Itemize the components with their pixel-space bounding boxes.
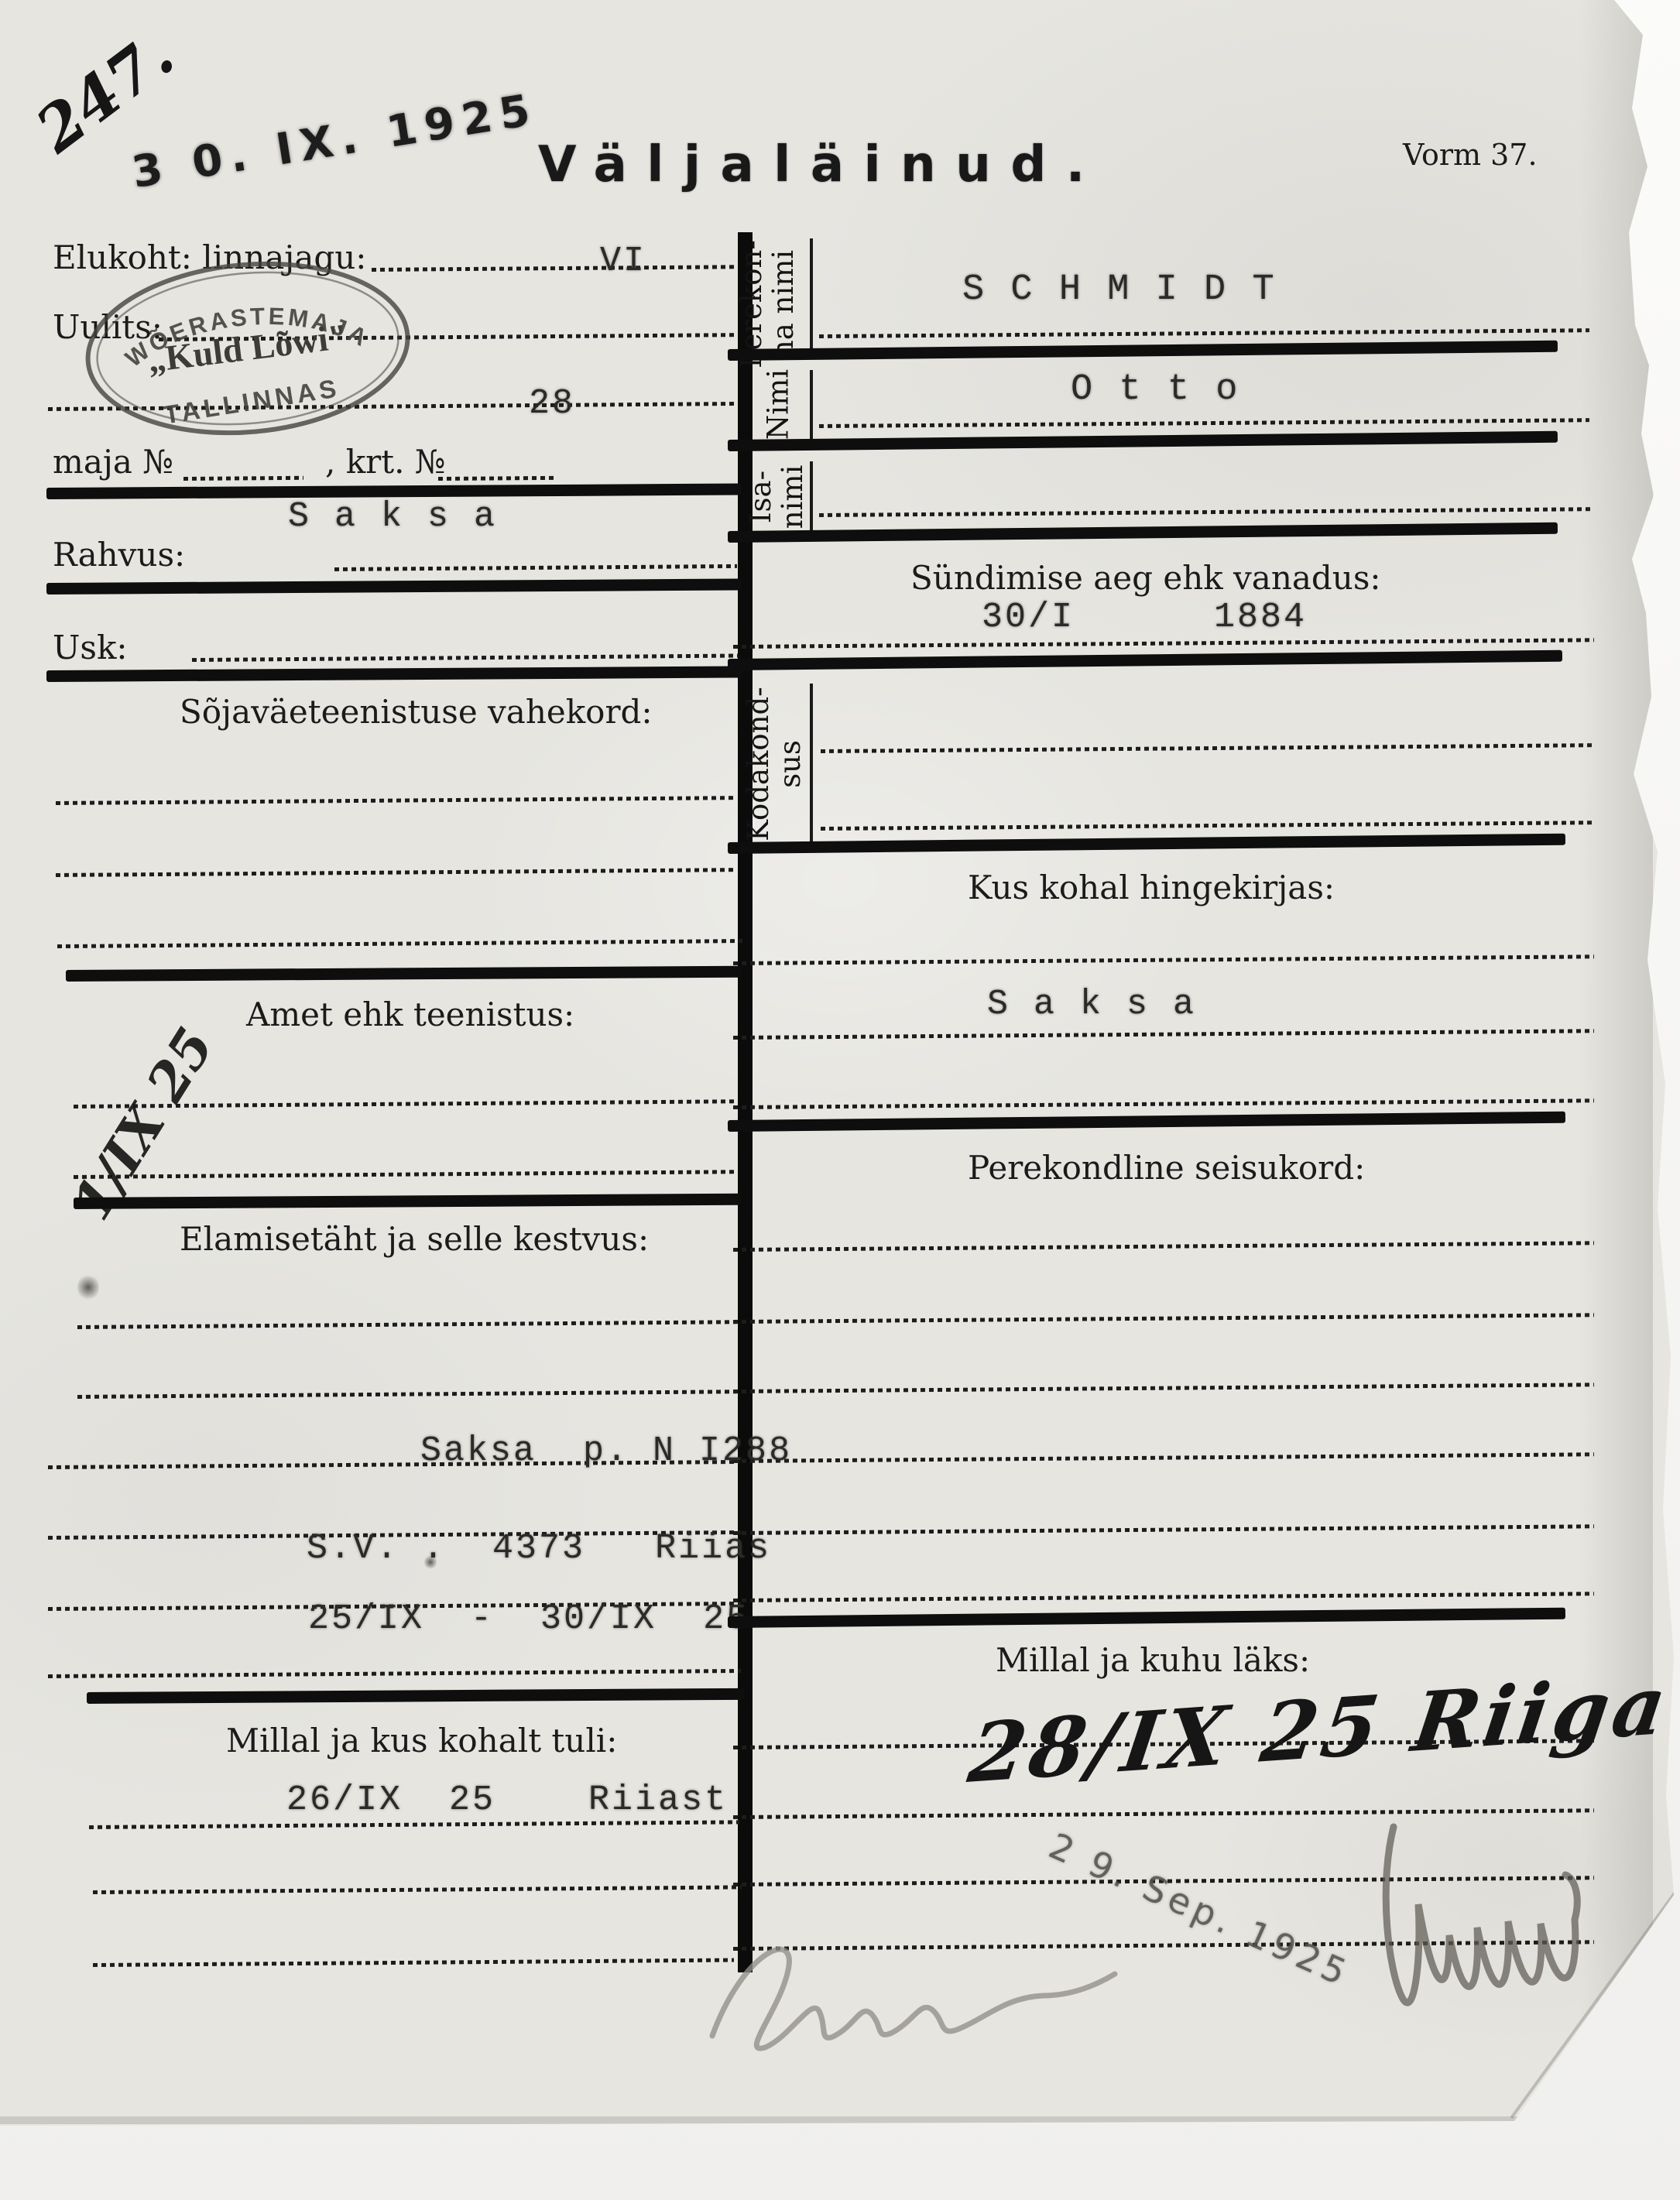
label-separator <box>810 370 813 444</box>
dotted-line <box>733 1098 1594 1109</box>
residence-permit-label: Elamisetäht ja selle kestvus: <box>180 1220 649 1258</box>
departed-label: Millal ja kuhu läks: <box>996 1641 1310 1679</box>
section-rule <box>728 1608 1565 1628</box>
pencil-signature <box>697 1904 1130 2075</box>
dotted-line <box>74 1170 738 1179</box>
dotted-line <box>56 796 737 805</box>
nationality-label: Rahvus: <box>53 536 185 574</box>
section-rule <box>728 523 1558 543</box>
dotted-line <box>77 1320 737 1329</box>
hotel-oval-stamp: WÕERASTEMAJA „Kuld Lõwi" TALLINNAS <box>66 235 430 461</box>
dotted-line <box>183 476 303 481</box>
residence-value: VI <box>600 242 646 281</box>
dotted-line <box>48 1669 741 1678</box>
dotted-line <box>56 868 737 877</box>
paper-bottom-edge <box>0 2116 1533 2124</box>
dotted-line <box>93 1958 734 1967</box>
registered-value: S a k s a <box>987 985 1196 1024</box>
dotted-line <box>77 1390 737 1399</box>
dotted-line <box>733 638 1594 649</box>
dotted-line <box>334 564 737 571</box>
birth-date-label: Sündimise aeg ehk vanadus: <box>910 559 1381 597</box>
dotted-line <box>733 1241 1594 1252</box>
apartment-number-label: , krt. № <box>325 443 446 481</box>
official-signature <box>1372 1804 1604 2028</box>
permit-line2-value: S.V. . 4373 Riias <box>307 1529 771 1568</box>
occupation-label: Amet ehk teenistus: <box>246 995 574 1033</box>
dotted-line <box>438 476 554 481</box>
page-title: Väljaläinud. <box>538 136 1105 194</box>
dotted-line <box>821 743 1595 753</box>
section-rule <box>728 341 1558 361</box>
ink-blot <box>77 1273 99 1301</box>
birth-date-value: 30/I 1884 <box>982 598 1307 637</box>
section-rule <box>46 579 742 595</box>
dotted-line <box>733 954 1594 965</box>
arrived-label: Millal ja kus kohalt tuli: <box>226 1722 617 1760</box>
permit-line1-value: Saksa p. N I288 <box>420 1431 792 1471</box>
dotted-line <box>89 1820 739 1829</box>
first-name-value: O t t o <box>1071 369 1239 410</box>
dotted-line <box>819 418 1589 428</box>
section-rule <box>728 1112 1565 1132</box>
dotted-line <box>733 1592 1594 1602</box>
religion-label: Usk: <box>53 629 128 667</box>
military-service-label: Sõjaväeteenistuse vahekord: <box>180 693 653 731</box>
registration-card: 247. 3 0. IX. 1925 Väljaläinud. Vorm 37.… <box>0 0 1680 2200</box>
nationality-value: S a k s a <box>288 497 497 536</box>
form-number: Vorm 37. <box>1403 138 1538 172</box>
father-name-label: Isa- nimi <box>745 454 808 540</box>
first-name-label: Nimi <box>763 362 794 447</box>
dotted-line <box>733 1313 1594 1324</box>
received-date-stamp: 3 0. IX. 1925 <box>129 84 541 198</box>
section-rule <box>46 667 742 682</box>
dotted-line <box>821 821 1595 831</box>
dotted-line <box>733 1524 1594 1535</box>
street-number-value: 28 <box>529 384 575 423</box>
dotted-line <box>733 1383 1594 1393</box>
dotted-line <box>733 1452 1594 1463</box>
arrived-value: 26/IX 25 Riiast <box>286 1780 728 1820</box>
dotted-line <box>819 507 1593 517</box>
dotted-line <box>192 653 738 662</box>
section-rule <box>728 431 1558 451</box>
dotted-line <box>819 328 1589 338</box>
label-separator <box>810 238 813 355</box>
section-rule <box>74 1194 741 1209</box>
permit-line3-value: 25/IX - 30/IX 25 <box>308 1599 749 1639</box>
dotted-line <box>372 265 735 272</box>
registered-label: Kus kohal hingekirjas: <box>968 869 1335 906</box>
section-rule <box>728 650 1562 670</box>
surname-value: S C H M I D T <box>962 269 1277 310</box>
citizenship-label: Kodakond- sus <box>742 683 806 845</box>
label-separator <box>810 461 813 533</box>
dotted-line <box>733 1029 1594 1040</box>
torn-edge-shading <box>1579 0 1653 2129</box>
family-status-label: Perekondline seisukord: <box>968 1149 1365 1187</box>
section-rule <box>728 834 1565 854</box>
section-rule <box>66 966 741 982</box>
dotted-line <box>93 1885 742 1894</box>
dotted-line <box>57 939 742 948</box>
label-separator <box>810 684 813 846</box>
ink-blot <box>424 1554 437 1570</box>
section-rule <box>87 1688 745 1704</box>
